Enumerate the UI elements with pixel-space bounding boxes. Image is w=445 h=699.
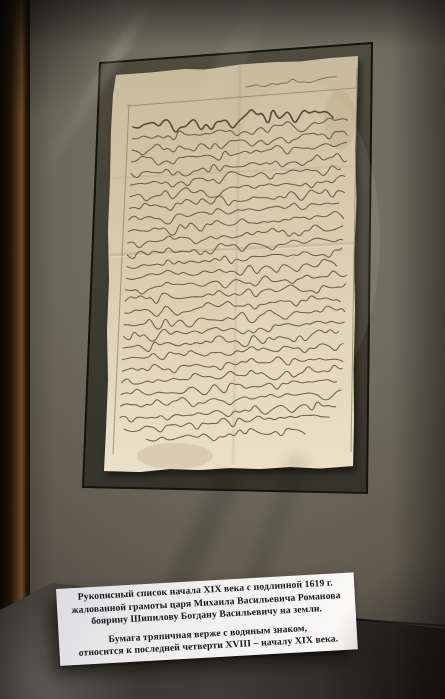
paper-stain (137, 443, 213, 469)
paper-stain (324, 90, 356, 150)
museum-exhibit-photo: Рукописный список начала XIX века с подл… (0, 0, 445, 699)
plaque-paragraph-title: Рукописный список начала XIX века с подл… (70, 577, 341, 629)
